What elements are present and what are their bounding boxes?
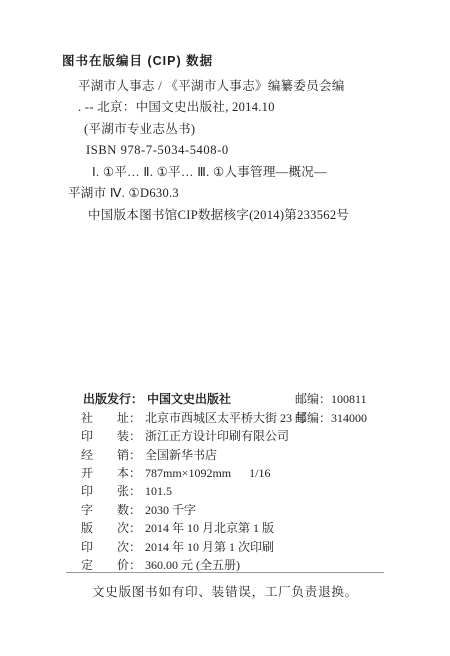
colophon-row-printed-sheets: 印 张：101.5 [63, 464, 423, 482]
postal-label: 邮编： [295, 411, 331, 425]
cip-line-classification-2: 平湖市 Ⅳ. ①D630.3 [0, 183, 450, 205]
cip-line-isbn: ISBN 978-7-5034-5408-0 [0, 140, 450, 162]
postal-value: 100811 [331, 392, 367, 406]
colophon-row-address: 社 址：北京市西城区太平桥大街 23 号 邮编：100811 [63, 390, 423, 408]
cip-title: 图书在版编目 (CIP) 数据 [0, 51, 450, 73]
book-copyright-page: 图书在版编目 (CIP) 数据 平湖市人事志 / 《平湖市人事志》编纂委员会编 … [0, 0, 450, 656]
colophon-block: 出版发行：中国文史出版社 社 址：北京市西城区太平桥大街 23 号 邮编：100… [63, 372, 423, 556]
row-value: 360.00 元 (全五册) [145, 558, 240, 572]
postal-label: 邮编： [295, 392, 331, 406]
cip-line-publisher: . -- 北京：中国文史出版社, 2014.10 [0, 97, 450, 119]
colophon-row-edition: 版 次：2014 年 10 月北京第 1 版 [63, 501, 423, 519]
colophon-row-word-count: 字 数：2030 千字 [63, 482, 423, 500]
postal-value: 314000 [331, 411, 367, 425]
postal-code: 邮编：100811 [295, 390, 367, 408]
footer-note: 文史版图书如有印、装错误，工厂负责退换。 [0, 582, 450, 600]
colophon-row-publisher: 出版发行：中国文史出版社 [63, 372, 423, 390]
cip-line-series: (平湖市专业志丛书) [0, 119, 450, 141]
colophon-row-distributor: 经 销：全国新华书店 [63, 427, 423, 445]
cip-line-title-statement: 平湖市人事志 / 《平湖市人事志》编纂委员会编 [0, 76, 450, 98]
cip-line-classification-1: Ⅰ. ①平… Ⅱ. ①平… Ⅲ. ①人事管理—概况— [0, 162, 450, 184]
colophon-row-price: 定 价：360.00 元 (全五册) [63, 538, 423, 556]
divider-line [66, 572, 384, 573]
cip-line-record-number: 中国版本图书馆CIP数据核字(2014)第233562号 [0, 205, 450, 227]
cip-data-block: 图书在版编目 (CIP) 数据 平湖市人事志 / 《平湖市人事志》编纂委员会编 … [0, 51, 450, 226]
colophon-row-impression: 印 次：2014 年 10 月第 1 次印刷 [63, 519, 423, 537]
colophon-row-format: 开 本：787mm×1092mm 1/16 [63, 446, 423, 464]
colophon-row-printer: 印 装：浙江正方设计印刷有限公司 邮编：314000 [63, 409, 423, 427]
postal-code: 邮编：314000 [295, 409, 367, 427]
